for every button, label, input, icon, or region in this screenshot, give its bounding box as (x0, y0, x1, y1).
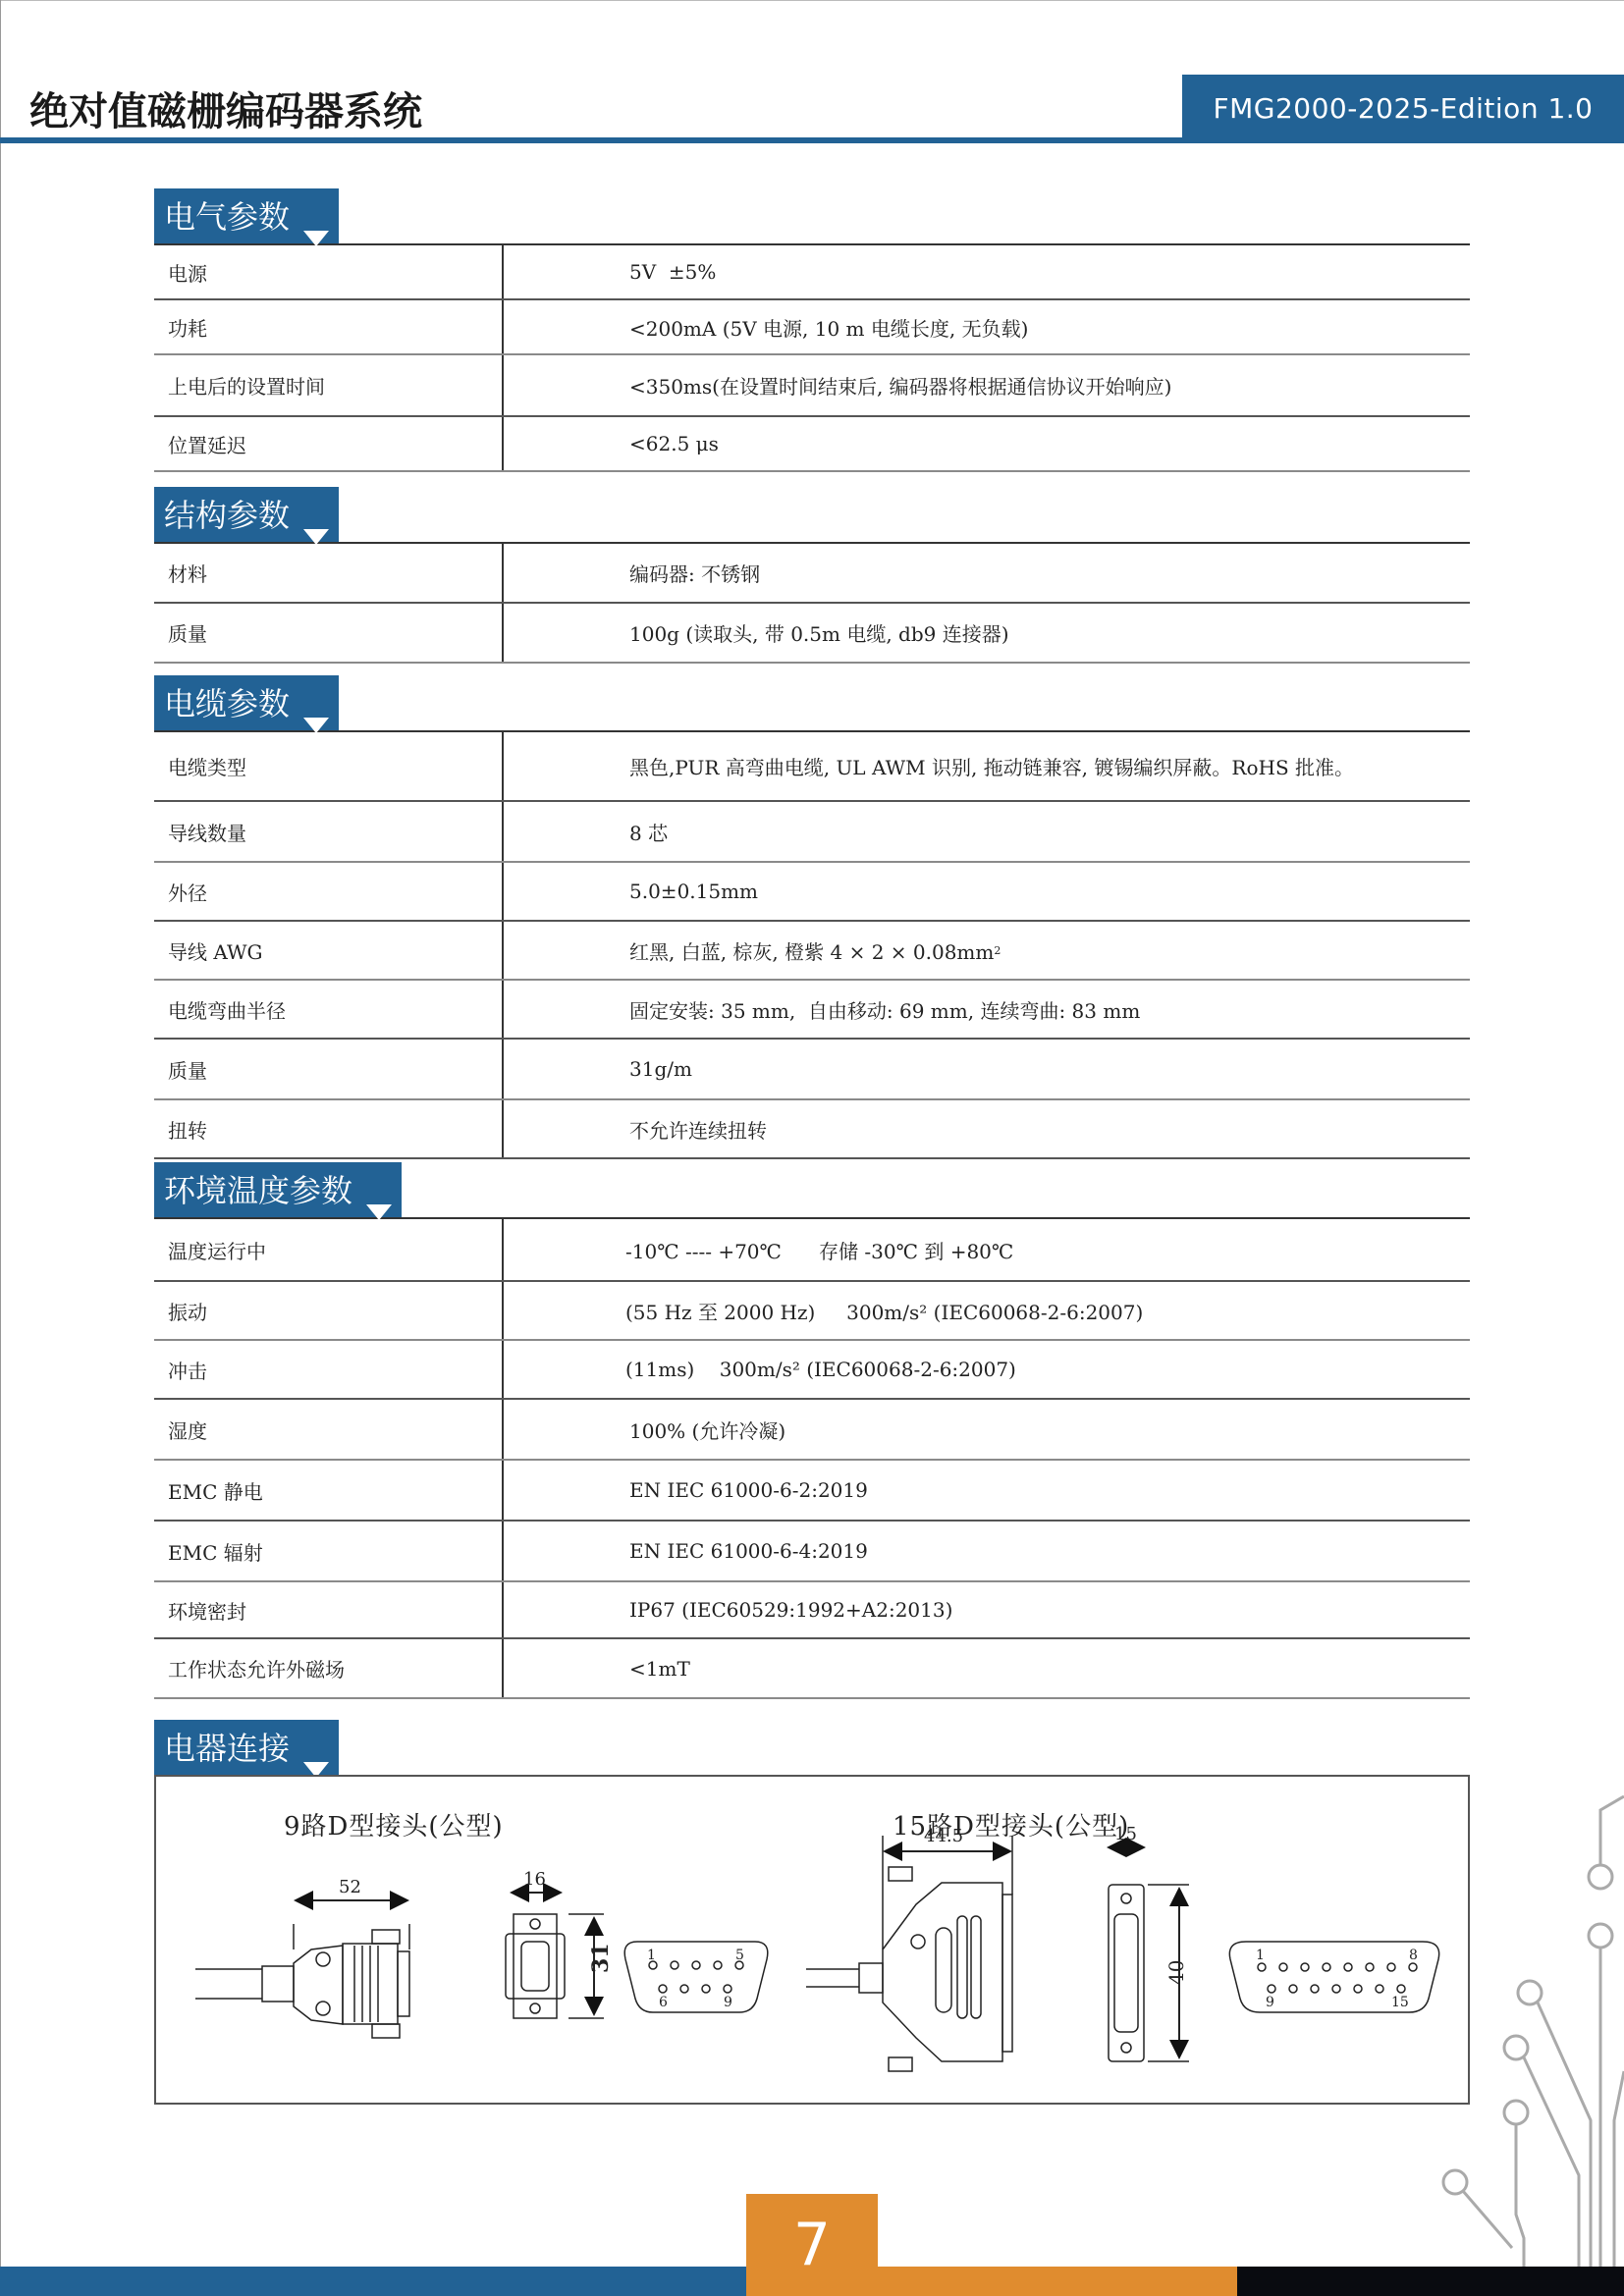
spec-label: 电缆类型 (154, 732, 504, 800)
spec-value: 黑色,PUR 高弯曲电缆, UL AWM 识别, 拖动链兼容, 镀锡编织屏蔽。R… (504, 732, 1470, 800)
section-connection: 电器连接 (154, 1720, 1470, 1775)
spec-value: IP67 (IEC60529:1992+A2:2013) (504, 1582, 1470, 1637)
spec-value: 5.0±0.15mm (504, 863, 1470, 920)
section-tab-electrical: 电气参数 (154, 188, 339, 243)
table-row: 冲击 (11ms) 300m/s² (IEC60068-2-6:2007) (154, 1341, 1470, 1400)
spec-label: 电源 (154, 245, 504, 298)
spec-value: EN IEC 61000-6-2:2019 (504, 1461, 1470, 1520)
spec-value: <1mT (504, 1639, 1470, 1697)
table-row: 上电后的设置时间 <350ms(在设置时间结束后, 编码器将根据通信协议开始响应… (154, 355, 1470, 417)
spec-value: (55 Hz 至 2000 Hz) 300m/s² (IEC60068-2-6:… (504, 1282, 1470, 1339)
spec-value: 100g (读取头, 带 0.5m 电缆, db9 连接器) (504, 604, 1470, 662)
dim-15pin-length: 44.5 (924, 1826, 963, 1846)
table-row: 湿度 100% (允许冷凝) (154, 1400, 1470, 1461)
spec-label: 湿度 (154, 1400, 504, 1459)
spec-label: 材料 (154, 544, 504, 602)
triangle-down-icon (303, 231, 329, 246)
spec-table-electrical: 电源 5V ±5% 功耗 <200mA (5V 电源, 10 m 电缆长度, 无… (154, 243, 1470, 472)
spec-value: EN IEC 61000-6-4:2019 (504, 1522, 1470, 1580)
superscript: 2 (994, 944, 1001, 957)
spec-value: 100% (允许冷凝) (504, 1400, 1470, 1459)
connector-drawings: 52 16 31 1 5 6 9 (156, 1777, 1468, 2103)
db15-side-view-icon (806, 1836, 1012, 2071)
section-title: 结构参数 (164, 497, 290, 534)
spec-label: 工作状态允许外磁场 (154, 1639, 504, 1697)
spec-label: 导线数量 (154, 802, 504, 861)
spec-value: 固定安装: 35 mm, 自由移动: 69 mm, 连续弯曲: 83 mm (504, 981, 1470, 1038)
table-row: 质量 31g/m (154, 1040, 1470, 1100)
triangle-down-icon (303, 529, 329, 545)
spec-label: 上电后的设置时间 (154, 355, 504, 415)
dim-9pin-width: 16 (523, 1869, 546, 1890)
table-row: 外径 5.0±0.15mm (154, 863, 1470, 922)
section-cable: 电缆参数 电缆类型 黑色,PUR 高弯曲电缆, UL AWM 识别, 拖动链兼容… (154, 675, 1470, 1159)
spec-label: 质量 (154, 604, 504, 662)
spec-value: 编码器: 不锈钢 (504, 544, 1470, 602)
spec-label: 冲击 (154, 1341, 504, 1398)
spec-table-cable: 电缆类型 黑色,PUR 高弯曲电缆, UL AWM 识别, 拖动链兼容, 镀锡编… (154, 730, 1470, 1159)
spec-label: EMC 静电 (154, 1461, 504, 1520)
section-title: 电器连接 (164, 1730, 290, 1767)
section-title: 电缆参数 (164, 685, 290, 722)
table-row: 电缆弯曲半径 固定安装: 35 mm, 自由移动: 69 mm, 连续弯曲: 8… (154, 981, 1470, 1040)
spec-label: 环境密封 (154, 1582, 504, 1637)
spec-label: 电缆弯曲半径 (154, 981, 504, 1038)
table-row: 导线 AWG 红黑, 白蓝, 棕灰, 橙紫 4 × 2 × 0.08mm2 (154, 922, 1470, 981)
table-row: 环境密封 IP67 (IEC60529:1992+A2:2013) (154, 1582, 1470, 1639)
table-row: 振动 (55 Hz 至 2000 Hz) 300m/s² (IEC60068-2… (154, 1282, 1470, 1341)
spec-value: <350ms(在设置时间结束后, 编码器将根据通信协议开始响应) (504, 355, 1470, 415)
triangle-down-icon (366, 1204, 392, 1220)
spec-value: (11ms) 300m/s² (IEC60068-2-6:2007) (504, 1341, 1470, 1398)
document-title: 绝对值磁栅编码器系统 (29, 80, 422, 136)
section-tab-environment: 环境温度参数 (154, 1162, 402, 1217)
dim-15pin-width: 15 (1114, 1824, 1137, 1844)
footer-bar-blue (0, 2267, 746, 2296)
spec-value: <200mA (5V 电源, 10 m 电缆长度, 无负载) (504, 300, 1470, 353)
spec-table-environment: 温度运行中 -10℃ ---- +70℃ 存储 -30℃ 到 +80℃ 振动 (… (154, 1217, 1470, 1699)
section-environment: 环境温度参数 温度运行中 -10℃ ---- +70℃ 存储 -30℃ 到 +8… (154, 1162, 1470, 1699)
table-row: 电缆类型 黑色,PUR 高弯曲电缆, UL AWM 识别, 拖动链兼容, 镀锡编… (154, 732, 1470, 802)
spec-value: 8 芯 (504, 802, 1470, 861)
footer-bar-black (1237, 2267, 1624, 2296)
spec-label: 振动 (154, 1282, 504, 1339)
section-electrical: 电气参数 电源 5V ±5% 功耗 <200mA (5V 电源, 10 m 电缆… (154, 188, 1470, 472)
spec-value: 不允许连续扭转 (504, 1100, 1470, 1157)
table-row: 位置延迟 <62.5 μs (154, 417, 1470, 472)
dim-9pin-length: 52 (339, 1877, 361, 1897)
section-tab-structure: 结构参数 (154, 487, 339, 542)
table-row: 功耗 <200mA (5V 电源, 10 m 电缆长度, 无负载) (154, 300, 1470, 355)
table-row: 工作状态允许外磁场 <1mT (154, 1639, 1470, 1699)
svg-text:6: 6 (659, 1995, 668, 2010)
section-tab-cable: 电缆参数 (154, 675, 339, 730)
spec-label: 质量 (154, 1040, 504, 1098)
svg-text:9: 9 (1266, 1995, 1274, 2010)
connector-diagram-box: 9路D型接头(公型) 15路D型接头(公型) 52 (154, 1775, 1470, 2105)
spec-value: <62.5 μs (504, 417, 1470, 470)
svg-text:5: 5 (735, 1948, 744, 1963)
dim-15pin-height: 40 (1164, 1960, 1188, 1985)
svg-text:15: 15 (1391, 1995, 1409, 2010)
section-tab-connection: 电器连接 (154, 1720, 339, 1775)
db15-front-view-icon (1109, 1847, 1189, 2061)
section-title: 电气参数 (164, 198, 290, 236)
edition-badge: FMG2000-2025-Edition 1.0 (1182, 75, 1624, 143)
page-border-top (0, 0, 1624, 1)
table-row: 质量 100g (读取头, 带 0.5m 电缆, db9 连接器) (154, 604, 1470, 664)
section-structure: 结构参数 材料 编码器: 不锈钢 质量 100g (读取头, 带 0.5m 电缆… (154, 487, 1470, 664)
spec-label: 温度运行中 (154, 1219, 504, 1280)
spec-value: 红黑, 白蓝, 棕灰, 橙紫 4 × 2 × 0.08mm2 (504, 922, 1470, 979)
spec-table-structure: 材料 编码器: 不锈钢 质量 100g (读取头, 带 0.5m 电缆, db9… (154, 542, 1470, 664)
spec-label: 功耗 (154, 300, 504, 353)
page-number: 7 (746, 2194, 878, 2296)
spec-value-text: 红黑, 白蓝, 棕灰, 橙紫 4 × 2 × 0.08mm (629, 936, 994, 965)
spec-label: 扭转 (154, 1100, 504, 1157)
spec-label: 外径 (154, 863, 504, 920)
triangle-down-icon (303, 718, 329, 733)
spec-value: 5V ±5% (504, 245, 1470, 298)
spec-label: 位置延迟 (154, 417, 504, 470)
db9-side-view-icon (195, 1900, 409, 2038)
table-row: 材料 编码器: 不锈钢 (154, 544, 1470, 604)
svg-text:1: 1 (647, 1948, 656, 1963)
section-title: 环境温度参数 (164, 1172, 352, 1209)
table-row: EMC 静电 EN IEC 61000-6-2:2019 (154, 1461, 1470, 1522)
page-border-left (0, 0, 1, 2268)
spec-value: -10℃ ---- +70℃ 存储 -30℃ 到 +80℃ (504, 1219, 1470, 1280)
table-row: 扭转 不允许连续扭转 (154, 1100, 1470, 1159)
svg-text:9: 9 (724, 1995, 732, 2010)
spec-value: 31g/m (504, 1040, 1470, 1098)
dim-9pin-height: 31 (588, 1943, 614, 1973)
table-row: 导线数量 8 芯 (154, 802, 1470, 863)
svg-text:1: 1 (1256, 1948, 1265, 1963)
table-row: 电源 5V ±5% (154, 245, 1470, 300)
circuit-decoration-icon (1414, 1747, 1624, 2268)
table-row: 温度运行中 -10℃ ---- +70℃ 存储 -30℃ 到 +80℃ (154, 1219, 1470, 1282)
spec-label: EMC 辐射 (154, 1522, 504, 1580)
spec-label: 导线 AWG (154, 922, 504, 979)
table-row: EMC 辐射 EN IEC 61000-6-4:2019 (154, 1522, 1470, 1582)
